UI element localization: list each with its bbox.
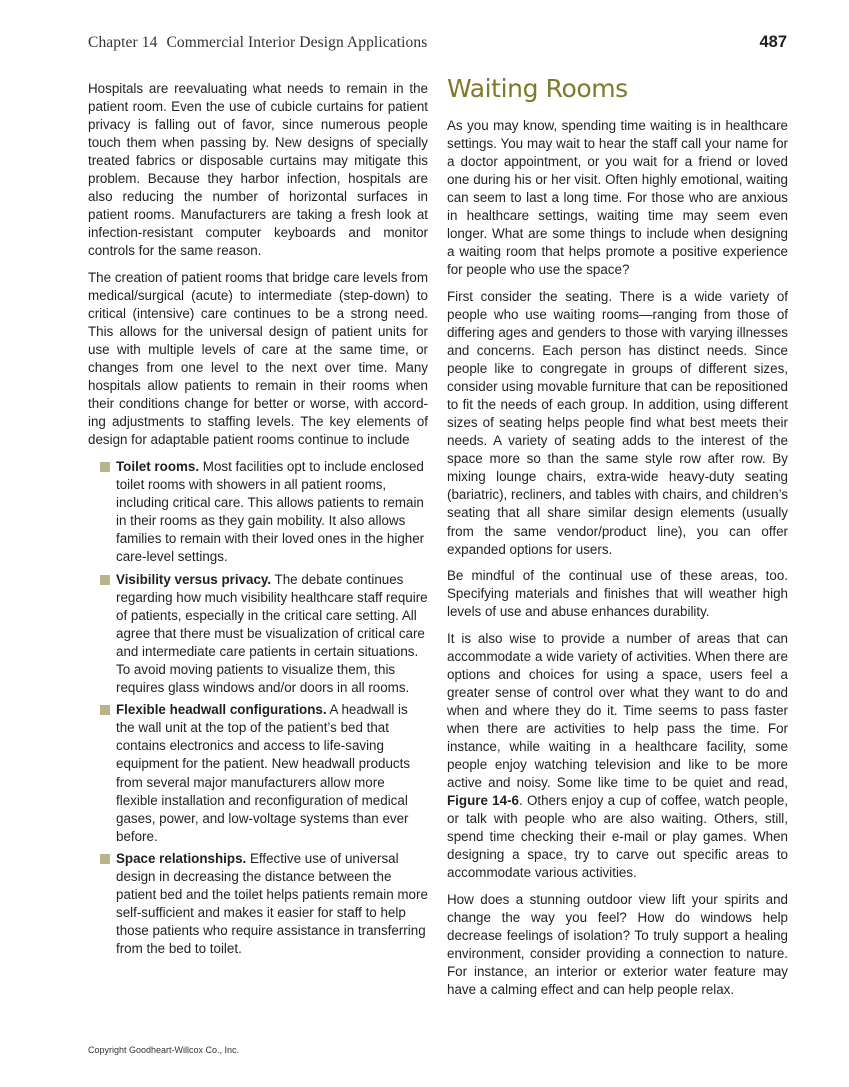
running-header: Chapter 14Commercial Interior Design App… [88,34,427,52]
paragraph-activities: It is also wise to provide a number of a… [447,630,788,883]
bullet-term: Visibility versus privacy. [116,572,271,587]
key-elements-list: Toilet rooms. Most facilities opt to inc… [88,458,428,959]
copyright-footer: Copyright Goodheart-Willcox Co., Inc. [88,1045,239,1055]
figure-reference[interactable]: Figure 14-6 [447,793,519,808]
square-bullet-icon [100,575,110,585]
page-number: 487 [759,33,787,52]
square-bullet-icon [100,462,110,472]
section-heading: Waiting Rooms [447,74,628,103]
list-item-headwall: Flexible headwall configurations. A head… [88,701,428,846]
bullet-text: A headwall is the wall unit at the top o… [116,702,410,844]
bullet-text: Effective use of universal design in dec… [116,851,428,956]
paragraph-durability: Be mindful of the continual use of these… [447,567,788,621]
paragraph-seating: First consider the seating. There is a w… [447,288,788,559]
bullet-term: Toilet rooms. [116,459,199,474]
bullet-text: Most facilities opt to include enclosed … [116,459,424,564]
paragraph-nature: How does a stunning outdoor view lift yo… [447,891,788,999]
square-bullet-icon [100,854,110,864]
left-column: Hospitals are reevaluating what needs to… [88,80,428,962]
chapter-label: Chapter 14 [88,34,157,51]
chapter-title: Commercial Interior Design Applications [166,34,427,51]
bullet-term: Flexible headwall configurations. [116,702,327,717]
right-column: As you may know, spending time waiting i… [447,117,788,1008]
square-bullet-icon [100,705,110,715]
list-item-visibility: Visibility versus privacy. The debate co… [88,571,428,698]
bullet-text: The debate continues regarding how much … [116,572,428,696]
paragraph-intro: As you may know, spending time waiting i… [447,117,788,279]
list-item-space-relationships: Space relationships. Effective use of un… [88,850,428,959]
paragraph-care-levels: The creation of patient rooms that bridg… [88,269,428,449]
list-item-toilet-rooms: Toilet rooms. Most facilities opt to inc… [88,458,428,567]
bullet-term: Space relationships. [116,851,246,866]
paragraph-patient-room: Hospitals are reevaluating what needs to… [88,80,428,260]
